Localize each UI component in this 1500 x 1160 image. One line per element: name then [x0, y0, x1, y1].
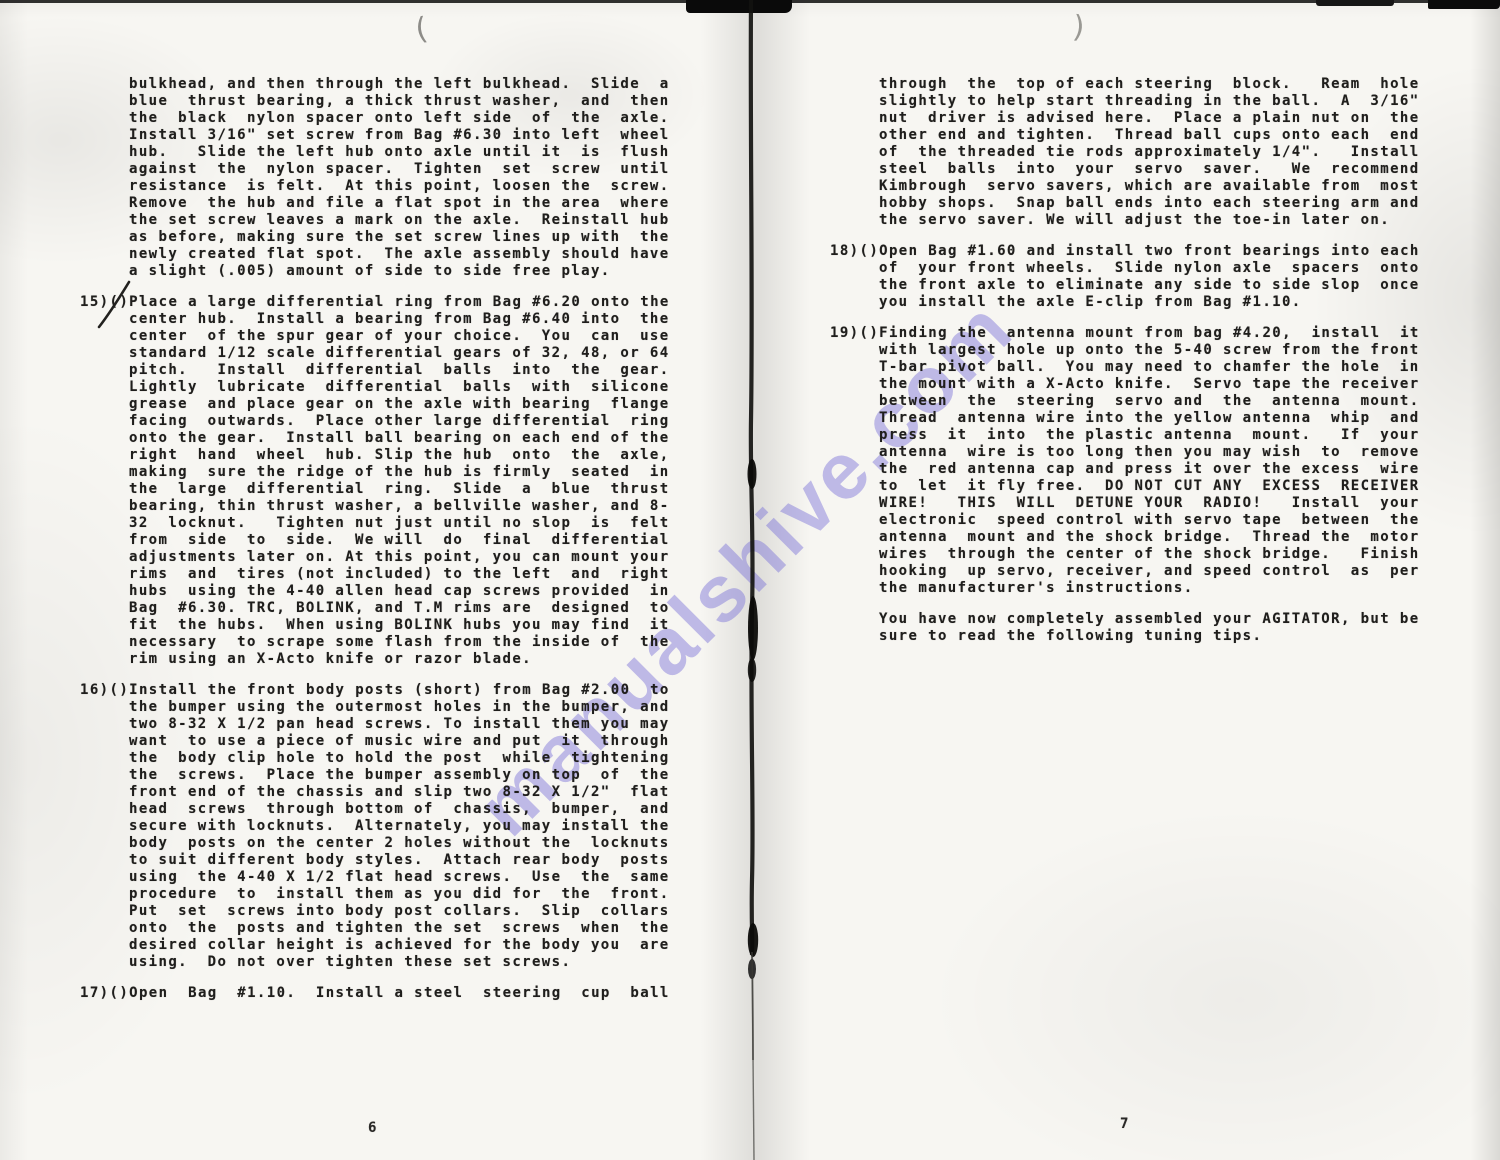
text-line: to suit different body styles. Attach re…	[80, 852, 730, 869]
text-line: want to use a piece of music wire and pu…	[80, 733, 730, 750]
text-line: center hub. Install a bearing from Bag #…	[80, 311, 730, 328]
text-line: hubs using the 4-40 allen head cap screw…	[80, 583, 730, 600]
text-line: the mount with a X-Acto knife. Servo tap…	[830, 376, 1480, 393]
text-line: the servo saver. We will adjust the toe-…	[830, 212, 1480, 229]
text-line: resistance is felt. At this point, loose…	[80, 178, 730, 195]
text-block: bulkhead, and then through the left bulk…	[80, 76, 730, 280]
text-line: hobby shops. Snap ball ends into each st…	[830, 195, 1480, 212]
text-line: center of the spur gear of your choice. …	[80, 328, 730, 345]
text-line: press it into the plastic antenna mount.…	[830, 427, 1480, 444]
text-line: steel balls into your servo saver. We re…	[830, 161, 1480, 178]
text-line: 19)()Finding the antenna mount from bag …	[830, 325, 1480, 342]
text-line: Thread antenna wire into the yellow ante…	[830, 410, 1480, 427]
text-line: using the 4-40 X 1/2 flat head screws. U…	[80, 869, 730, 886]
text-line: using. Do not over tighten these set scr…	[80, 954, 730, 971]
text-block: 15)()Place a large differential ring fro…	[80, 294, 730, 668]
text-line: with largest hole up onto the 5-40 screw…	[830, 342, 1480, 359]
text-block: 16)()Install the front body posts (short…	[80, 682, 730, 971]
text-line: newly created flat spot. The axle assemb…	[80, 246, 730, 263]
page-number-right: 7	[1120, 1116, 1128, 1132]
text-line: the set screw leaves a mark on the axle.…	[80, 212, 730, 229]
text-line: hooking up servo, receiver, and speed co…	[830, 563, 1480, 580]
text-line: Kimbrough servo savers, which are availa…	[830, 178, 1480, 195]
text-line: as before, making sure the set screw lin…	[80, 229, 730, 246]
text-line: the bumper using the outermost holes in …	[80, 699, 730, 716]
top-binding-blob	[686, 0, 792, 13]
text-line: grease and place gear on the axle with b…	[80, 396, 730, 413]
stray-mark-left: (	[410, 11, 433, 48]
stray-mark-right: )	[1069, 9, 1090, 45]
text-line: desired collar height is achieved for th…	[80, 937, 730, 954]
text-line: electronic speed control with servo tape…	[830, 512, 1480, 529]
text-block: 17)()Open Bag #1.10. Install a steel ste…	[80, 985, 730, 1002]
text-block: through the top of each steering block. …	[830, 76, 1480, 229]
text-line: the large differential ring. Slide a blu…	[80, 481, 730, 498]
text-line: bulkhead, and then through the left bulk…	[80, 76, 730, 93]
text-line: a slight (.005) amount of side to side f…	[80, 263, 730, 280]
text-line: front end of the chassis and slip two 8-…	[80, 784, 730, 801]
text-line: necessary to scrape some flash from the …	[80, 634, 730, 651]
text-line: Remove the hub and file a flat spot in t…	[80, 195, 730, 212]
left-page-text: bulkhead, and then through the left bulk…	[80, 76, 730, 1016]
right-page-text: through the top of each steering block. …	[830, 76, 1480, 659]
text-line: sure to read the following tuning tips.	[830, 628, 1480, 645]
text-line: You have now completely assembled your A…	[830, 611, 1480, 628]
text-line: the manufacturer's instructions.	[830, 580, 1480, 597]
text-line: rim using an X-Acto knife or razor blade…	[80, 651, 730, 668]
scanned-manual-spread: manualshive.com bulkhead, and then throu…	[0, 0, 1500, 1160]
top-corner-blob	[1428, 0, 1500, 9]
text-line: rims and tires (not included) to the lef…	[80, 566, 730, 583]
text-line: of the threaded tie rods approximately 1…	[830, 144, 1480, 161]
text-line: T-bar pivot ball. You may need to chamfe…	[830, 359, 1480, 376]
text-line: procedure to install them as you did for…	[80, 886, 730, 903]
text-line: head screws through bottom of chassis, b…	[80, 801, 730, 818]
text-line: onto the gear. Install ball bearing on e…	[80, 430, 730, 447]
text-line: right hand wheel hub. Slip the hub onto …	[80, 447, 730, 464]
text-line: antenna wire is too long then you may wi…	[830, 444, 1480, 461]
text-line: Bag #6.30. TRC, BOLINK, and T.M rims are…	[80, 600, 730, 617]
text-line: Lightly lubricate differential balls wit…	[80, 379, 730, 396]
text-line: pitch. Install differential balls into t…	[80, 362, 730, 379]
text-block: 18)()Open Bag #1.60 and install two fron…	[830, 243, 1480, 311]
text-line: other end and tighten. Thread ball cups …	[830, 127, 1480, 144]
text-line: facing outwards. Place other large diffe…	[80, 413, 730, 430]
text-line: bearing, thin thrust washer, a bellville…	[80, 498, 730, 515]
text-line: WIRE! THIS WILL DETUNE YOUR RADIO! Insta…	[830, 495, 1480, 512]
text-line: blue thrust bearing, a thick thrust wash…	[80, 93, 730, 110]
text-line: fit the hubs. When using BOLINK hubs you…	[80, 617, 730, 634]
text-line: body posts on the center 2 holes without…	[80, 835, 730, 852]
text-line: the screws. Place the bumper assembly on…	[80, 767, 730, 784]
text-block: You have now completely assembled your A…	[830, 611, 1480, 645]
text-line: two 8-32 X 1/2 pan head screws. To insta…	[80, 716, 730, 733]
text-line: the black nylon spacer onto left side of…	[80, 110, 730, 127]
text-line: 32 locknut. Tighten nut just until no sl…	[80, 515, 730, 532]
page-number-left: 6	[368, 1120, 376, 1136]
text-line: through the top of each steering block. …	[830, 76, 1480, 93]
text-line: you install the axle E-clip from Bag #1.…	[830, 294, 1480, 311]
text-line: the red antenna cap and press it over th…	[830, 461, 1480, 478]
top-edge-blob	[1316, 0, 1394, 6]
text-line: to let it fly free. DO NOT CUT ANY EXCES…	[830, 478, 1480, 495]
text-line: antenna mount and the shock bridge. Thre…	[830, 529, 1480, 546]
text-line: nut driver is advised here. Place a plai…	[830, 110, 1480, 127]
text-line: between the steering servo and the anten…	[830, 393, 1480, 410]
text-line: wires through the center of the shock br…	[830, 546, 1480, 563]
text-line: 15)()Place a large differential ring fro…	[80, 294, 730, 311]
text-line: of your front wheels. Slide nylon axle s…	[830, 260, 1480, 277]
text-line: slightly to help start threading in the …	[830, 93, 1480, 110]
text-line: the front axle to eliminate any side to …	[830, 277, 1480, 294]
text-line: from side to side. We will do final diff…	[80, 532, 730, 549]
text-line: Put set screws into body post collars. S…	[80, 903, 730, 920]
text-line: Install 3/16" set screw from Bag #6.30 i…	[80, 127, 730, 144]
text-line: secure with locknuts. Alternately, you m…	[80, 818, 730, 835]
text-line: 18)()Open Bag #1.60 and install two fron…	[830, 243, 1480, 260]
text-line: 16)()Install the front body posts (short…	[80, 682, 730, 699]
text-line: hub. Slide the left hub onto axle until …	[80, 144, 730, 161]
text-block: 19)()Finding the antenna mount from bag …	[830, 325, 1480, 597]
text-line: adjustments later on. At this point, you…	[80, 549, 730, 566]
text-line: the body clip hole to hold the post whil…	[80, 750, 730, 767]
text-line: onto the posts and tighten the set screw…	[80, 920, 730, 937]
text-line: standard 1/12 scale differential gears o…	[80, 345, 730, 362]
text-line: against the nylon spacer. Tighten set sc…	[80, 161, 730, 178]
text-line: making sure the ridge of the hub is firm…	[80, 464, 730, 481]
text-line: 17)()Open Bag #1.10. Install a steel ste…	[80, 985, 730, 1002]
